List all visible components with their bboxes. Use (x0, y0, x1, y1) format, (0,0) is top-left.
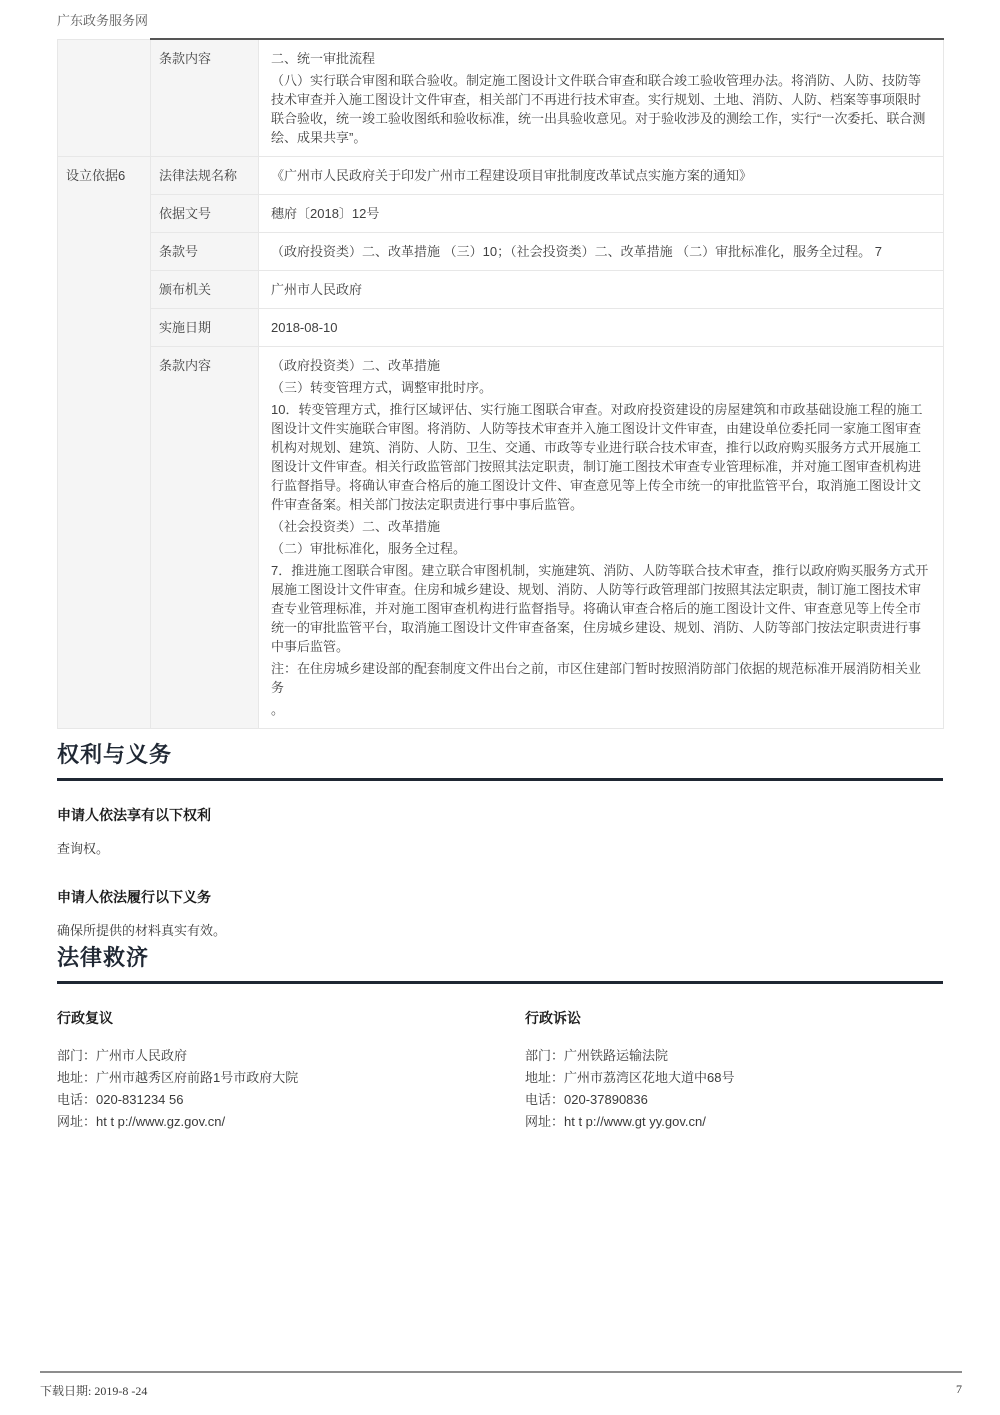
row-value-law-name: 《广州市人民政府关于印发广州市工程建设项目审批制度改革试点实施方案的通知》 (259, 157, 944, 195)
table-row-issuing-agency: 颁布机关 广州市人民政府 (58, 271, 944, 309)
review-department: 部门：广州市人民政府 (57, 1045, 525, 1067)
row-value-implementation-date: 2018-08-10 (259, 309, 944, 347)
litigation-heading: 行政诉讼 (525, 1008, 943, 1028)
review-website: 网址：ht t p://www.gz.gov.cn/ (57, 1111, 525, 1133)
row-label-doc-number: 依据文号 (151, 195, 259, 233)
basis-details-table: 条款内容 二、统一审批流程 （八）实行联合审图和联合验收。制定施工图设计文件联合… (57, 38, 944, 729)
litigation-department: 部门：广州铁路运输法院 (525, 1045, 943, 1067)
row-label-implementation-date: 实施日期 (151, 309, 259, 347)
legal-remedy-section: 法律救济 行政复议 部门：广州市人民政府 地址：广州市越秀区府前路1号市政府大院… (57, 941, 943, 1133)
clause-paragraph: 7．推进施工图联合审图。建立联合审图机制，实施建筑、消防、人防等联合技术审查，推… (271, 561, 929, 656)
row-label-clause-content: 条款内容 (151, 39, 259, 157)
clause-paragraph: 10．转变管理方式，推行区域评估、实行施工图联合审查。对政府投资建设的房屋建筑和… (271, 400, 929, 514)
basis-header-cell: 设立依据6 (58, 157, 151, 729)
litigation-website: 网址：ht t p://www.gt yy.gov.cn/ (525, 1111, 943, 1133)
clause-paragraph: （社会投资类）二、改革措施 (271, 517, 929, 536)
section-rule (57, 981, 943, 984)
clause-line: 二、统一审批流程 (271, 49, 929, 68)
row-value-doc-number: 穗府〔2018〕12号 (259, 195, 944, 233)
remedy-columns: 行政复议 部门：广州市人民政府 地址：广州市越秀区府前路1号市政府大院 电话：0… (57, 1008, 943, 1133)
review-phone: 电话：020-831234 56 (57, 1089, 525, 1111)
row-value-clause-content: 二、统一审批流程 （八）实行联合审图和联合验收。制定施工图设计文件联合审查和联合… (259, 39, 944, 157)
table-row-doc-number: 依据文号 穗府〔2018〕12号 (58, 195, 944, 233)
review-details: 部门：广州市人民政府 地址：广州市越秀区府前路1号市政府大院 电话：020-83… (57, 1045, 525, 1133)
administrative-litigation-column: 行政诉讼 部门：广州铁路运输法院 地址：广州市荔湾区花地大道中68号 电话：02… (525, 1008, 943, 1133)
litigation-address: 地址：广州市荔湾区花地大道中68号 (525, 1067, 943, 1089)
obligations-heading: 申请人依法履行以下义务 (57, 887, 943, 907)
table-row-clause-continued: 条款内容 二、统一审批流程 （八）实行联合审图和联合验收。制定施工图设计文件联合… (58, 39, 944, 157)
administrative-review-column: 行政复议 部门：广州市人民政府 地址：广州市越秀区府前路1号市政府大院 电话：0… (57, 1008, 525, 1133)
section-title-rights: 权利与义务 (57, 738, 943, 769)
row-label-issuing-agency: 颁布机关 (151, 271, 259, 309)
rights-obligations-section: 权利与义务 申请人依法享有以下权利 查询权。 申请人依法履行以下义务 确保所提供… (57, 738, 943, 939)
row-value-clause-number: （政府投资类）二、改革措施 （三）10；（社会投资类）二、改革措施 （二）审批标… (259, 233, 944, 271)
row-label-clause-content-2: 条款内容 (151, 347, 259, 729)
row-value-issuing-agency: 广州市人民政府 (259, 271, 944, 309)
clause-paragraph: （三）转变管理方式，调整审批时序。 (271, 378, 929, 397)
table-row-implementation-date: 实施日期 2018-08-10 (58, 309, 944, 347)
section-title-remedy: 法律救济 (57, 941, 943, 972)
rights-heading: 申请人依法享有以下权利 (57, 805, 943, 825)
clause-line: （八）实行联合审图和联合验收。制定施工图设计文件联合审查和联合竣工验收管理办法。… (271, 71, 929, 147)
review-heading: 行政复议 (57, 1008, 525, 1028)
clause-paragraph: 注：在住房城乡建设部的配套制度文件出台之前，市区住建部门暂时按照消防部门依据的规… (271, 659, 929, 697)
row-value-clause-content-2: （政府投资类）二、改革措施 （三）转变管理方式，调整审批时序。 10．转变管理方… (259, 347, 944, 729)
clause-paragraph: （政府投资类）二、改革措施 (271, 356, 929, 375)
row-label-clause-number: 条款号 (151, 233, 259, 271)
clause-paragraph: 。 (271, 700, 929, 719)
table-row-clause-content: 条款内容 （政府投资类）二、改革措施 （三）转变管理方式，调整审批时序。 10．… (58, 347, 944, 729)
review-address: 地址：广州市越秀区府前路1号市政府大院 (57, 1067, 525, 1089)
download-date: 下载日期: 2019-8 -24 (40, 1382, 147, 1399)
litigation-phone: 电话：020-37890836 (525, 1089, 943, 1111)
table-row-law-name: 设立依据6 法律法规名称 《广州市人民政府关于印发广州市工程建设项目审批制度改革… (58, 157, 944, 195)
rights-body: 查询权。 (57, 838, 943, 857)
basis-cell-empty (58, 39, 151, 157)
clause-paragraph: （二）审批标准化，服务全过程。 (271, 539, 929, 558)
site-title: 广东政务服务网 (57, 10, 148, 29)
litigation-details: 部门：广州铁路运输法院 地址：广州市荔湾区花地大道中68号 电话：020-378… (525, 1045, 943, 1133)
table-row-clause-number: 条款号 （政府投资类）二、改革措施 （三）10；（社会投资类）二、改革措施 （二… (58, 233, 944, 271)
page-number: 7 (956, 1382, 962, 1399)
document-page: { "header": { "site_name": "广东政务服务网" }, … (0, 0, 1000, 1415)
obligations-body: 确保所提供的材料真实有效。 (57, 920, 943, 939)
row-label-law-name: 法律法规名称 (151, 157, 259, 195)
label-text: 条款内容 (159, 51, 211, 66)
section-rule (57, 778, 943, 781)
page-footer: 下载日期: 2019-8 -24 7 (40, 1371, 962, 1399)
